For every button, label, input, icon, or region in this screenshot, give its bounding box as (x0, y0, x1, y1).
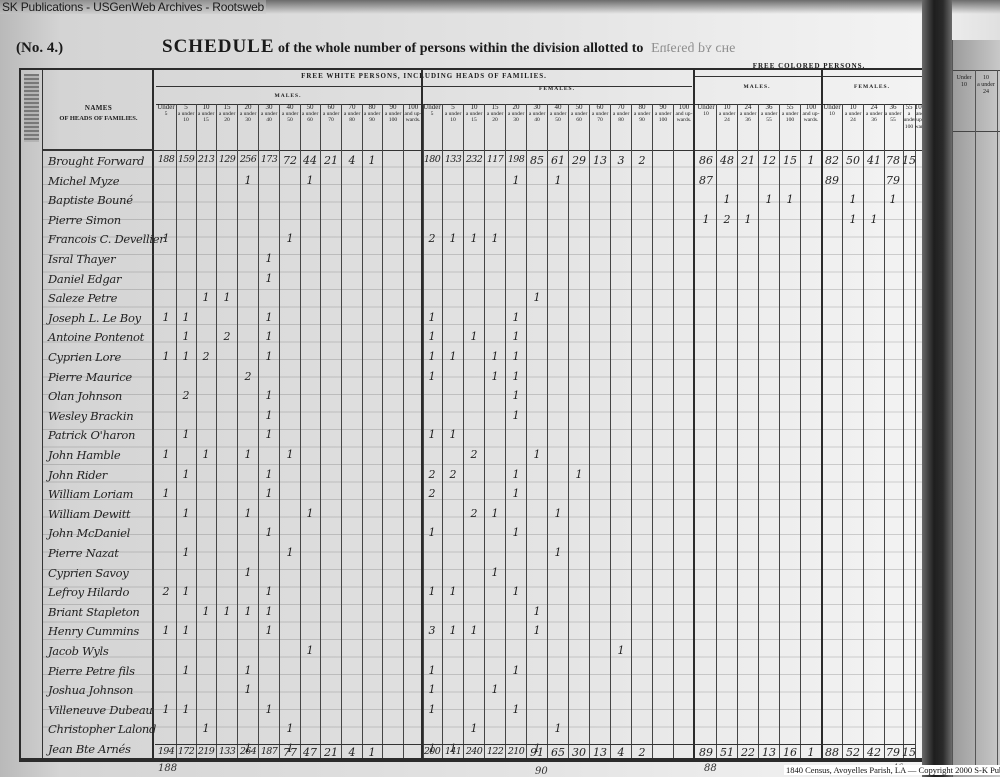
table-row: Cyprien Lore11211111 (0, 350, 1000, 367)
tally-cell: 1 (280, 448, 300, 461)
table-row: Briant Stapleton11111 (0, 605, 1000, 622)
next-page-col-header: Under10 (954, 75, 974, 89)
head-of-family-name: Cyprien Savoy (48, 566, 128, 580)
tally-cell: 232 (464, 154, 484, 165)
tally-cell: 1 (176, 507, 196, 520)
total-cell: 1 (362, 746, 382, 759)
age-column-header: 80a under 90 (362, 104, 382, 150)
tally-cell: 1 (156, 624, 176, 637)
next-page-edge: Under10 10a under 24 (952, 40, 1000, 777)
tally-cell: 1 (259, 526, 279, 539)
total-cell: 141 (443, 746, 463, 757)
total-cell: 22 (738, 746, 758, 759)
tally-cell: 1 (485, 683, 505, 696)
tally-cell: 180 (422, 154, 442, 165)
tally-cell: 198 (506, 154, 526, 165)
tally-cell: 1 (217, 291, 237, 304)
tally-cell: 1 (717, 193, 737, 206)
tally-cell: 1 (506, 487, 526, 500)
tally-cell: 1 (548, 507, 568, 520)
tally-cell: 1 (176, 585, 196, 598)
total-cell: 91 (527, 746, 547, 759)
head-of-family-name: Wesley Brackin (48, 409, 133, 423)
head-of-family-name: Lefroy Hilardo (48, 585, 129, 599)
tally-cell: 1 (259, 272, 279, 285)
free-colored-header: FREE COLORED PERSONS. (694, 62, 924, 70)
tally-cell: 1 (176, 468, 196, 481)
schedule-title-word: SCHEDULE (162, 36, 275, 57)
age-column-header: 15a under 20 (217, 104, 237, 150)
tally-cell: 1 (485, 350, 505, 363)
tally-cell: 1 (238, 683, 258, 696)
colored-females-header: FEMALES. (822, 84, 922, 90)
head-of-family-name: Christopher Lalond (48, 722, 156, 736)
tally-cell: 29 (569, 154, 589, 167)
head-of-family-name: Isral Thayer (48, 252, 115, 266)
age-column-header: 40a under 50 (280, 104, 300, 150)
tally-cell: 1 (259, 585, 279, 598)
tally-cell: 1 (801, 154, 821, 167)
head-of-family-name: Olan Johnson (48, 389, 122, 403)
tally-cell: 2 (717, 213, 737, 226)
tally-cell: 1 (506, 526, 526, 539)
table-row: Villeneuve Dubeau11111 (0, 703, 1000, 720)
tally-cell: 21 (738, 154, 758, 167)
white-females-header: FEMALES. (422, 86, 692, 92)
tally-cell: 1 (156, 232, 176, 245)
table-row: Henry Cummins1113111 (0, 624, 1000, 641)
tally-cell: 1 (443, 350, 463, 363)
age-column-header: 36a under 55 (883, 104, 903, 150)
total-cell: 16 (780, 746, 800, 759)
table-bottom-border (19, 760, 924, 762)
age-column-header: 30a under 40 (527, 104, 547, 150)
tally-cell: 1 (464, 624, 484, 637)
tally-cell: 61 (548, 154, 568, 167)
tally-cell: 1 (280, 722, 300, 735)
age-column-header: 20a under 30 (238, 104, 258, 150)
tally-cell: 1 (506, 330, 526, 343)
head-of-family-name: Baptiste Bouné (48, 193, 133, 207)
tally-cell: 1 (548, 174, 568, 187)
age-column-header: 100and up-wards. (674, 104, 694, 150)
age-column-header: 55a under 100 (780, 104, 800, 150)
window-title: SK Publications - USGenWeb Archives - Ro… (0, 0, 266, 14)
tally-cell: 2 (464, 448, 484, 461)
names-header-subtitle: OF HEADS OF FAMILIES. (43, 115, 154, 122)
total-cell: 219 (196, 746, 216, 757)
tally-cell: 1 (611, 644, 631, 657)
head-of-family-name: William Loriam (48, 487, 133, 501)
copyright-caption: 1840 Census, Avoyelles Parish, LA — Copy… (784, 765, 1000, 775)
total-cell: 88 (822, 746, 842, 759)
age-column-header: 100and up-wards. (403, 104, 423, 150)
total-cell: 1 (801, 746, 821, 759)
age-column-header: 10a under 24 (843, 104, 863, 150)
tally-cell: 1 (464, 232, 484, 245)
tally-cell: 1 (548, 722, 568, 735)
tally-cell: 1 (176, 350, 196, 363)
tally-cell: 1 (422, 428, 442, 441)
margin-note: 90 (535, 766, 548, 777)
tally-cell: 1 (300, 174, 320, 187)
table-row: Antoine Pontenot121111 (0, 330, 1000, 347)
bleed-through-text: ɘʜɔ ʏd ɓɘɿɘʇnƎ (651, 41, 735, 57)
tally-cell: 1 (485, 507, 505, 520)
table-row: Michel Myze111187897987 (0, 174, 1000, 191)
tally-cell: 1 (259, 428, 279, 441)
tally-cell: 1 (422, 703, 442, 716)
tally-cell: 1 (422, 526, 442, 539)
table-row: Lefroy Hilardo211111 (0, 585, 1000, 602)
tally-cell: 1 (506, 311, 526, 324)
tally-cell: 1 (443, 232, 463, 245)
age-column-header: 24a under 36 (738, 104, 758, 150)
tally-cell: 1 (176, 546, 196, 559)
total-cell: 30 (569, 746, 589, 759)
tally-cell: 1 (843, 213, 863, 226)
tally-cell: 129 (217, 154, 237, 165)
tally-cell: 2 (156, 585, 176, 598)
age-column-header: Under10 (822, 104, 842, 150)
tally-cell: 1 (196, 448, 216, 461)
tally-cell: 86 (696, 154, 716, 167)
names-header-title: NAMES (43, 104, 154, 112)
table-row: Wesley Brackin11 (0, 409, 1000, 426)
head-of-family-name: Joseph L. Le Boy (48, 311, 141, 325)
tally-cell: 1 (422, 585, 442, 598)
head-of-family-name: Antoine Pontenot (48, 330, 144, 344)
tally-cell: 1 (780, 193, 800, 206)
age-column-header: 50a under 60 (569, 104, 589, 150)
tally-cell: 1 (506, 389, 526, 402)
head-of-family-name: Pierre Petre fils (48, 664, 135, 678)
tally-cell: 21 (321, 154, 341, 167)
tally-cell: 85 (527, 154, 547, 167)
totals-divider (155, 744, 915, 745)
age-column-header: 70a under 80 (342, 104, 362, 150)
head-of-family-name: Joshua Johnson (48, 683, 133, 697)
tally-cell: 2 (443, 468, 463, 481)
head-of-family-name: William Dewitt (48, 507, 130, 521)
margin-note: 88 (704, 763, 717, 774)
tally-cell: 1 (259, 389, 279, 402)
tally-cell: 1 (422, 370, 442, 383)
tally-cell: 1 (176, 330, 196, 343)
total-cell: 187 (259, 746, 279, 757)
tally-cell: 12 (759, 154, 779, 167)
colored-males-header: MALES. (694, 84, 820, 90)
tally-cell: 1 (156, 350, 176, 363)
tally-cell: 1 (300, 644, 320, 657)
head-of-family-name: Jacob Wyls (48, 644, 109, 658)
age-column-header: 100and up-wards. (801, 104, 821, 150)
side-strip-print (24, 74, 39, 142)
tally-cell: 1 (217, 605, 237, 618)
next-page-header: Under10 10a under 24 (953, 70, 1000, 132)
total-cell: 89 (696, 746, 716, 759)
table-row: Patrick O'haron1111 (0, 428, 1000, 445)
head-of-family-name: Daniel Edgar (48, 272, 121, 286)
age-column-header: 5a under 10 (443, 104, 463, 150)
tally-cell: 2 (176, 389, 196, 402)
white-males-header: MALES. (156, 93, 420, 99)
tally-cell: 213 (196, 154, 216, 165)
tally-cell: 1 (864, 213, 884, 226)
head-of-family-name: Briant Stapleton (48, 605, 140, 619)
tally-cell: 1 (883, 193, 903, 206)
tally-cell: 1 (506, 174, 526, 187)
total-cell: 47 (300, 746, 320, 759)
head-of-family-name: Cyprien Lore (48, 350, 121, 364)
tally-cell: 3 (422, 624, 442, 637)
tally-cell: 1 (843, 193, 863, 206)
tally-cell: 1 (238, 174, 258, 187)
tally-cell: 1 (422, 330, 442, 343)
next-page-rule (975, 70, 976, 770)
age-column-header: Under5 (156, 104, 176, 150)
names-header: NAMES OF HEADS OF FAMILIES. (43, 70, 154, 150)
table-row: Jacob Wyls11 (0, 644, 1000, 661)
tally-cell: 3 (611, 154, 631, 167)
table-row: John Rider112211 (0, 468, 1000, 485)
table-row: Pierre Maurice2111 (0, 370, 1000, 387)
table-row: Isral Thayer1 (0, 252, 1000, 269)
tally-cell: 1 (362, 154, 382, 167)
tally-cell: 1 (485, 566, 505, 579)
free-white-header: FREE WHITE PERSONS, INCLUDING HEADS OF F… (156, 72, 692, 80)
schedule-title: SCHEDULE of the whole number of persons … (162, 36, 735, 58)
margin-note: 188 (158, 763, 177, 774)
header-divider (694, 76, 922, 77)
total-cell: 51 (717, 746, 737, 759)
table-row: Pierre Simon12111 (0, 213, 1000, 230)
total-cell: 77 (280, 746, 300, 759)
tally-cell: 1 (696, 213, 716, 226)
tally-cell: 1 (738, 213, 758, 226)
table-row: Joseph L. Le Boy11111 (0, 311, 1000, 328)
tally-cell: 82 (822, 154, 842, 167)
tally-cell: 1 (259, 409, 279, 422)
tally-cell: 1 (176, 311, 196, 324)
head-of-family-name: Henry Cummins (48, 624, 139, 638)
tally-cell: 1 (259, 252, 279, 265)
tally-cell: 50 (843, 154, 863, 167)
total-cell: 65 (548, 746, 568, 759)
tally-cell: 256 (238, 154, 258, 165)
tally-cell: 173 (259, 154, 279, 165)
tally-cell: 1 (238, 448, 258, 461)
tally-cell: 1 (156, 448, 176, 461)
tally-cell: 1 (176, 703, 196, 716)
tally-cell: 1 (238, 664, 258, 677)
tally-cell: 44 (300, 154, 320, 167)
table-row: Francois C. Devellier11211162 (0, 232, 1000, 249)
total-cell: 240 (464, 746, 484, 757)
table-row: William Loriam1121 (0, 487, 1000, 504)
header-divider (43, 150, 923, 151)
tally-cell: 1 (300, 507, 320, 520)
head-of-family-name: Pierre Simon (48, 213, 121, 227)
age-column-header: 10a under 15 (464, 104, 484, 150)
total-cell: 21 (321, 746, 341, 759)
head-of-family-name: John McDaniel (48, 526, 130, 540)
tally-cell: 1 (422, 311, 442, 324)
head-of-family-name: Villeneuve Dubeau (48, 703, 152, 717)
table-row: Christopher Lalond1111 (0, 722, 1000, 739)
tally-cell: 1 (759, 193, 779, 206)
tally-cell: 1 (156, 311, 176, 324)
age-column-header: 80a under 90 (632, 104, 652, 150)
tally-cell: 2 (217, 330, 237, 343)
head-of-family-name: John Hamble (48, 448, 120, 462)
age-column-header: 60a under 70 (590, 104, 610, 150)
tally-cell: 1 (259, 605, 279, 618)
total-cell: 15 (899, 746, 919, 759)
tally-cell: 1 (196, 722, 216, 735)
tally-cell: 13 (590, 154, 610, 167)
table-row: Baptiste Bouné11111 (0, 193, 1000, 210)
tally-cell: 133 (443, 154, 463, 165)
tally-cell: 188 (156, 154, 176, 165)
age-column-header: 10a under 15 (196, 104, 216, 150)
tally-cell: 1 (176, 664, 196, 677)
tally-cell: 79 (883, 174, 903, 187)
tally-cell: 117 (485, 154, 505, 165)
tally-cell: 1 (176, 428, 196, 441)
tally-cell: 1 (259, 311, 279, 324)
table-row: William Dewitt111211 (0, 507, 1000, 524)
head-of-family-name: Brought Forward (48, 154, 144, 168)
tally-cell: 1 (156, 487, 176, 500)
table-row: Olan Johnson211 (0, 389, 1000, 406)
total-cell: 13 (590, 746, 610, 759)
table-row: Pierre Petre fils1111 (0, 664, 1000, 681)
census-page-scan: SK Publications - USGenWeb Archives - Ro… (0, 0, 1000, 777)
total-cell: 210 (506, 746, 526, 757)
age-column-header: 30a under 40 (259, 104, 279, 150)
table-row: Pierre Nazat111 (0, 546, 1000, 563)
total-cell: 4 (611, 746, 631, 759)
tally-cell: 1 (259, 330, 279, 343)
tally-cell: 87 (696, 174, 716, 187)
total-cell: 42 (864, 746, 884, 759)
tally-cell: 1 (548, 546, 568, 559)
tally-cell: 1 (506, 585, 526, 598)
table-row: Cyprien Savoy11 (0, 566, 1000, 583)
tally-cell: 1 (485, 232, 505, 245)
age-column-header: 20a under 30 (506, 104, 526, 150)
tally-cell: 1 (259, 350, 279, 363)
tally-cell: 1 (506, 468, 526, 481)
tally-cell: 1 (238, 605, 258, 618)
tally-cell: 1 (422, 683, 442, 696)
next-page-col-header: 10a under 24 (976, 75, 996, 96)
tally-cell: 2 (422, 232, 442, 245)
tally-cell: 1 (443, 585, 463, 598)
tally-cell: 159 (176, 154, 196, 165)
age-column-header: 60a under 70 (321, 104, 341, 150)
tally-cell: 1 (569, 468, 589, 481)
tally-cell: 1 (238, 507, 258, 520)
tally-cell: 15 (899, 154, 919, 167)
tally-cell: 1 (280, 546, 300, 559)
tally-cell: 1 (527, 448, 547, 461)
tally-cell: 1 (485, 370, 505, 383)
next-page-rule (997, 70, 998, 770)
head-of-family-name: Pierre Maurice (48, 370, 132, 384)
tally-cell: 1 (506, 664, 526, 677)
table-row: Brought Forward1881592131292561737244214… (0, 154, 1000, 171)
total-cell: 2 (632, 746, 652, 759)
tally-cell: 1 (506, 409, 526, 422)
age-column-header: Under5 (422, 104, 442, 150)
tally-cell: 2 (238, 370, 258, 383)
tally-cell: 2 (422, 487, 442, 500)
tally-cell: 1 (506, 703, 526, 716)
table-row: Joshua Johnson111 (0, 683, 1000, 700)
table-row: Saleze Petre11131 (0, 291, 1000, 308)
total-cell: 13 (759, 746, 779, 759)
age-column-header: 15a under 20 (485, 104, 505, 150)
tally-cell: 1 (506, 350, 526, 363)
sheet-number: (No. 4.) (16, 40, 63, 57)
tally-cell: 48 (717, 154, 737, 167)
tally-cell: 1 (259, 468, 279, 481)
tally-cell: 1 (238, 566, 258, 579)
total-cell: 200 (422, 746, 442, 757)
tally-cell: 1 (259, 703, 279, 716)
total-cell: 133 (217, 746, 237, 757)
total-cell: 52 (843, 746, 863, 759)
table-row: Daniel Edgar1 (0, 272, 1000, 289)
tally-cell: 1 (196, 291, 216, 304)
tally-cell: 1 (280, 232, 300, 245)
tally-cell: 15 (780, 154, 800, 167)
head-of-family-name: Saleze Petre (48, 291, 117, 305)
age-column-header: Under10 (696, 104, 716, 150)
age-column-header: 10a under 24 (717, 104, 737, 150)
age-column-header: 36a under 55 (759, 104, 779, 150)
tally-cell: 1 (464, 330, 484, 343)
tally-cell: 1 (506, 370, 526, 383)
age-column-header: 5a under 10 (176, 104, 196, 150)
age-column-header: 24a under 36 (864, 104, 884, 150)
table-row: John Hamble111121 (0, 448, 1000, 465)
tally-cell: 1 (422, 664, 442, 677)
tally-cell: 4 (342, 154, 362, 167)
tally-cell: 1 (259, 487, 279, 500)
age-column-header: 55a under 100 (904, 104, 915, 150)
tally-cell: 2 (196, 350, 216, 363)
tally-cell: 1 (156, 703, 176, 716)
tally-cell: 2 (464, 507, 484, 520)
tally-cell: 1 (422, 350, 442, 363)
total-cell: 172 (176, 746, 196, 757)
tally-cell: 1 (196, 605, 216, 618)
total-cell: 264 (238, 746, 258, 757)
total-cell: 194 (156, 746, 176, 757)
tally-cell: 1 (527, 291, 547, 304)
tally-cell: 89 (822, 174, 842, 187)
age-column-header: 90a under 100 (653, 104, 673, 150)
head-of-family-name: John Rider (48, 468, 107, 482)
age-column-header: 90a under 100 (383, 104, 403, 150)
total-cell: 122 (485, 746, 505, 757)
book-binding-gutter (922, 0, 952, 777)
head-of-family-name: Patrick O'haron (48, 428, 135, 442)
schedule-title-rest: of the whole number of persons within th… (278, 41, 643, 56)
